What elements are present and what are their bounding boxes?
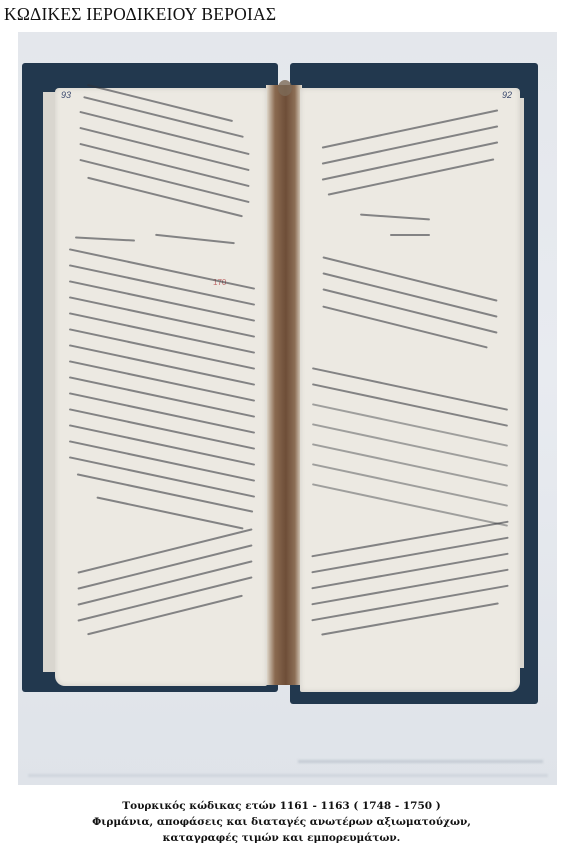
caption-line-1: Τουρκικός κώδικας ετών 1161 - 1163 ( 174…: [0, 798, 563, 814]
manuscript-page-left: 93 170: [55, 88, 267, 686]
document-header-title: ΚΩΔΙΚΕΣ ΙΕΡΟΔΙΚΕΙΟΥ ΒΕΡΟΙΑΣ: [4, 4, 276, 25]
page-number-right: 92: [502, 90, 512, 100]
document-caption: Τουρκικός κώδικας ετών 1161 - 1163 ( 174…: [0, 798, 563, 846]
caption-line-2: Φιρμάνια, αποφάσεις και διαταγές ανωτέρω…: [0, 814, 563, 830]
book-spine: [266, 85, 302, 685]
page-number-left: 93: [61, 90, 71, 100]
caption-line-3: καταγραφές τιμών και εμπορευμάτων.: [0, 830, 563, 846]
binding-thread-knot: [278, 80, 292, 96]
manuscript-page-right: 92: [300, 88, 520, 692]
